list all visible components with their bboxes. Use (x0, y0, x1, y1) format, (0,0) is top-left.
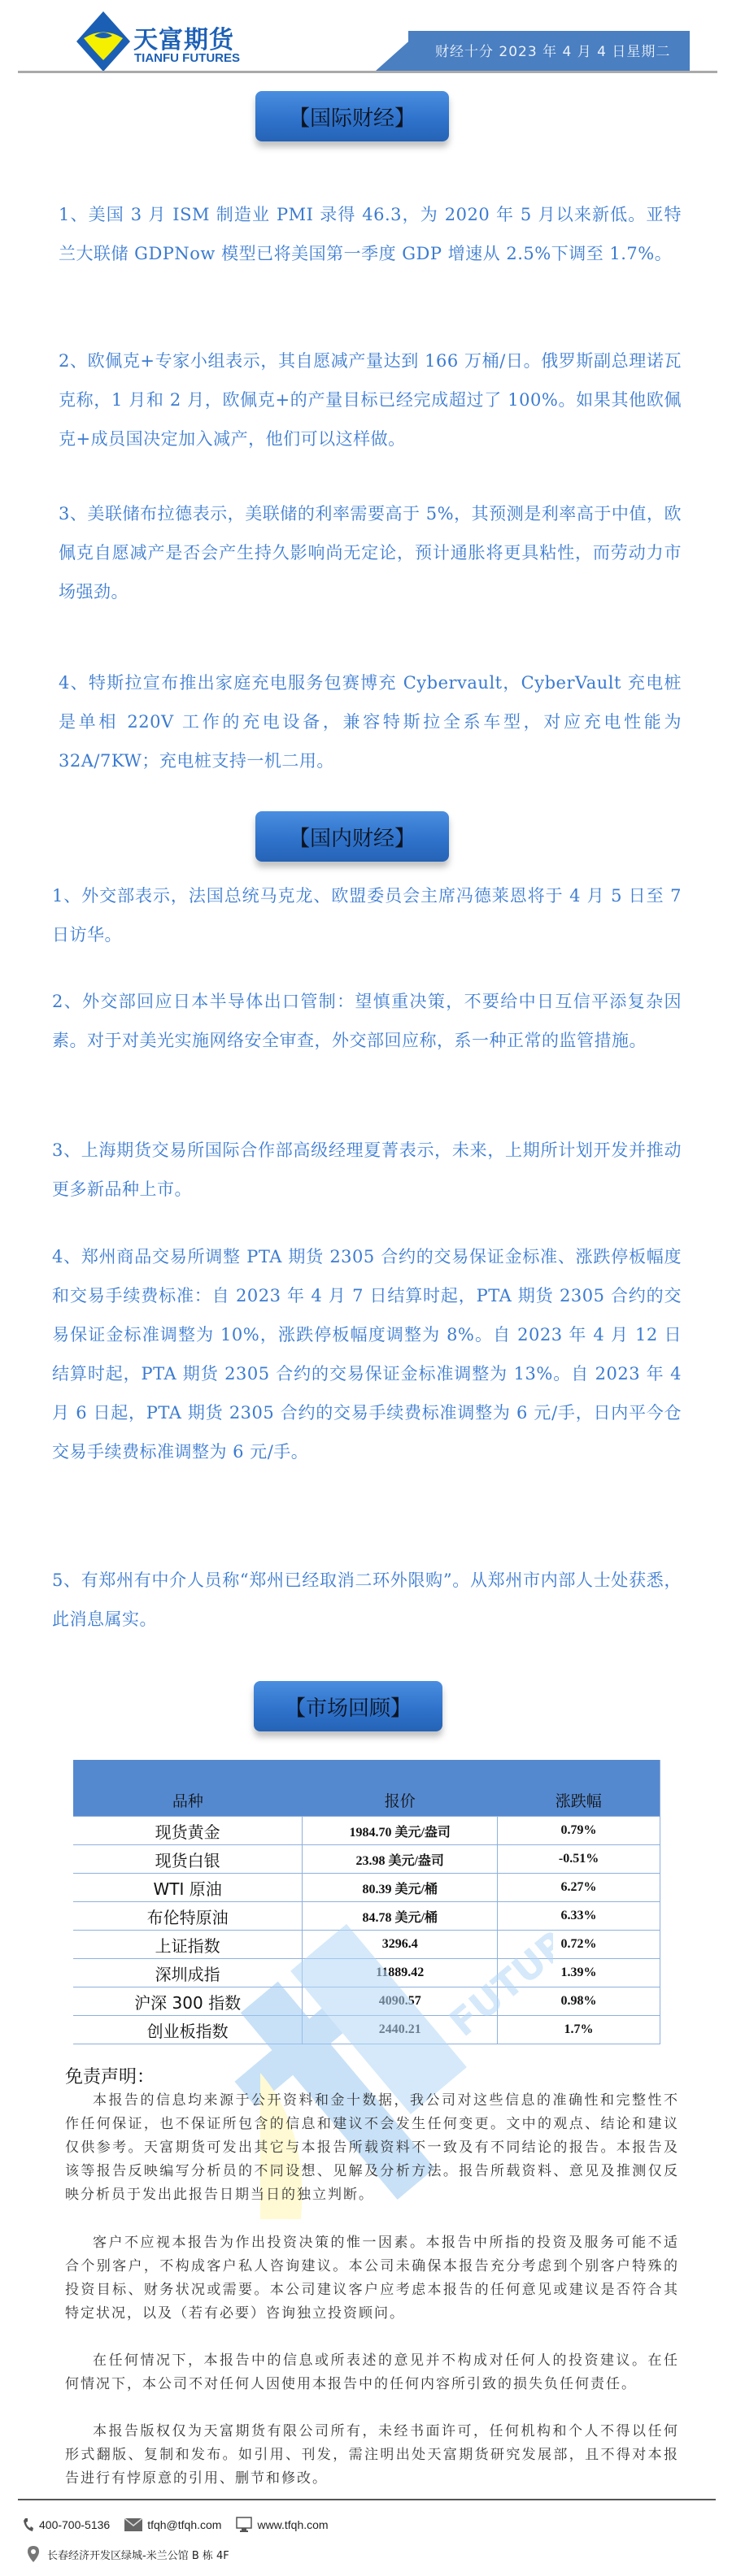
instrument-name: 现货黄金 (73, 1817, 303, 1845)
instrument-change: 0.98% (498, 1987, 660, 2016)
intl-news-item-1: 1、美国 3 月 ISM 制造业 PMI 录得 46.3，为 2020 年 5 … (59, 195, 682, 273)
table-row: 创业板指数 2440.21 1.7% (73, 2016, 660, 2044)
instrument-price: 23.98 美元/盎司 (303, 1845, 498, 1874)
address-text: 长春经济开发区绿城-米兰公馆 B 栋 4F (47, 2547, 229, 2562)
disclaimer-title: 免责声明： (65, 2063, 155, 2088)
instrument-change: 1.7% (498, 2016, 660, 2044)
instrument-change: -0.51% (498, 1845, 660, 1874)
section-title-market: 【市场回顾】 (254, 1681, 442, 1731)
email-address[interactable]: tfqh@tfqh.com (147, 2518, 221, 2531)
disclaimer-paragraph-3: 在任何情况下，本报告中的信息或所表述的意见并不构成对任何人的投资建议。在任何情况… (65, 2349, 679, 2396)
market-review-table: 品种 报价 涨跌幅 现货黄金 1984.70 美元/盎司 0.79% 现货白银 … (73, 1760, 660, 2044)
instrument-name: 沪深 300 指数 (73, 1987, 303, 2016)
domestic-news-item-2: 2、外交部回应日本半导体出口管制：望慎重决策，不要给中日互信平添复杂因素。对于对… (52, 982, 682, 1060)
intl-news-item-3: 3、美联储布拉德表示，美联储的利率需要高于 5%，其预测是利率高于中值，欧佩克自… (59, 494, 682, 611)
column-header-instrument: 品种 (73, 1760, 303, 1817)
footer-address: 长春经济开发区绿城-米兰公馆 B 栋 4F (28, 2546, 229, 2562)
instrument-price: 2440.21 (303, 2016, 498, 2044)
domestic-news-item-3: 3、上海期货交易所国际合作部高级经理夏菁表示，未来，上期所计划开发并推动更多新品… (52, 1131, 682, 1209)
instrument-price: 80.39 美元/桶 (303, 1874, 498, 1902)
instrument-change: 6.33% (498, 1902, 660, 1931)
instrument-change: 0.79% (498, 1817, 660, 1845)
table-header-row: 品种 报价 涨跌幅 (73, 1760, 660, 1817)
monitor-icon (236, 2517, 252, 2533)
instrument-change: 0.72% (498, 1931, 660, 1959)
instrument-name: 上证指数 (73, 1931, 303, 1959)
report-header: 天富期货 TIANFU FUTURES 财经十分 2023 年 4 月 4 日星… (0, 0, 732, 75)
tianfu-logo-icon (76, 11, 130, 72)
footer-email[interactable]: tfqh@tfqh.com (124, 2518, 221, 2531)
table-row: 现货白银 23.98 美元/盎司 -0.51% (73, 1845, 660, 1874)
instrument-name: 现货白银 (73, 1845, 303, 1874)
instrument-price: 1984.70 美元/盎司 (303, 1817, 498, 1845)
column-header-change: 涨跌幅 (498, 1760, 660, 1817)
instrument-change: 6.27% (498, 1874, 660, 1902)
instrument-price: 84.78 美元/桶 (303, 1902, 498, 1931)
instrument-name: 深圳成指 (73, 1959, 303, 1987)
intl-news-item-4: 4、特斯拉宣布推出家庭充电服务包赛博充 Cybervault，CyberVaul… (59, 663, 682, 780)
logo-chinese-name: 天富期货 (133, 20, 234, 55)
header-divider (18, 71, 717, 73)
instrument-price: 4090.57 (303, 1987, 498, 2016)
footer-website[interactable]: www.tfqh.com (236, 2517, 328, 2533)
section-title-domestic: 【国内财经】 (255, 811, 449, 862)
table-row: 布伦特原油 84.78 美元/桶 6.33% (73, 1902, 660, 1931)
table-row: 现货黄金 1984.70 美元/盎司 0.79% (73, 1817, 660, 1845)
domestic-news-item-4: 4、郑州商品交易所调整 PTA 期货 2305 合约的交易保证金标准、涨跌停板幅… (52, 1237, 682, 1471)
website-link[interactable]: www.tfqh.com (257, 2518, 328, 2531)
section-title-text: 【市场回顾】 (285, 1692, 412, 1722)
column-header-price: 报价 (303, 1760, 498, 1817)
instrument-change: 1.39% (498, 1959, 660, 1987)
section-title-international: 【国际财经】 (255, 91, 449, 141)
footer-phone: 400-700-5136 (23, 2517, 110, 2532)
disclaimer-paragraph-2: 客户不应视本报告为作出投资决策的惟一因素。本报告中所指的投资及服务可能不适合个别… (65, 2231, 679, 2326)
logo-english-name: TIANFU FUTURES (134, 51, 240, 65)
table-row: 沪深 300 指数 4090.57 0.98% (73, 1987, 660, 2016)
table-row: 上证指数 3296.4 0.72% (73, 1931, 660, 1959)
disclaimer-paragraph-4: 本报告版权仅为天富期货有限公司所有，未经书面许可，任何机构和个人不得以任何形式翻… (65, 2420, 679, 2491)
table-row: 深圳成指 11889.42 1.39% (73, 1959, 660, 1987)
section-title-text: 【国际财经】 (289, 102, 416, 132)
company-logo: 天富期货 TIANFU FUTURES (76, 11, 280, 70)
intl-news-item-2: 2、欧佩克+专家小组表示，其自愿减产量达到 166 万桶/日。俄罗斯副总理诺瓦克… (59, 341, 682, 458)
instrument-name: WTI 原油 (73, 1874, 303, 1902)
disclaimer-paragraph-1: 本报告的信息均来源于公开资料和金十数据，我公司对这些信息的准确性和完整性不作任何… (65, 2089, 679, 2207)
instrument-price: 11889.42 (303, 1959, 498, 1987)
footer-contacts: 400-700-5136 tfqh@tfqh.com www.tfqh.com (23, 2517, 343, 2533)
table-row: WTI 原油 80.39 美元/桶 6.27% (73, 1874, 660, 1902)
footer-divider (18, 2499, 716, 2500)
instrument-name: 创业板指数 (73, 2016, 303, 2044)
instrument-name: 布伦特原油 (73, 1902, 303, 1931)
section-title-text: 【国内财经】 (289, 822, 416, 852)
location-pin-icon (28, 2546, 39, 2562)
phone-number: 400-700-5136 (39, 2518, 110, 2531)
domestic-news-item-5: 5、有郑州有中介人员称“郑州已经取消二环外限购”。从郑州市内部人士处获悉，此消息… (52, 1561, 682, 1639)
phone-icon (23, 2517, 34, 2532)
instrument-price: 3296.4 (303, 1931, 498, 1959)
domestic-news-item-1: 1、外交部表示，法国总统马克龙、欧盟委员会主席冯德莱恩将于 4 月 5 日至 7… (52, 876, 682, 954)
email-icon (124, 2518, 142, 2531)
report-date: 财经十分 2023 年 4 月 4 日星期二 (435, 40, 670, 60)
